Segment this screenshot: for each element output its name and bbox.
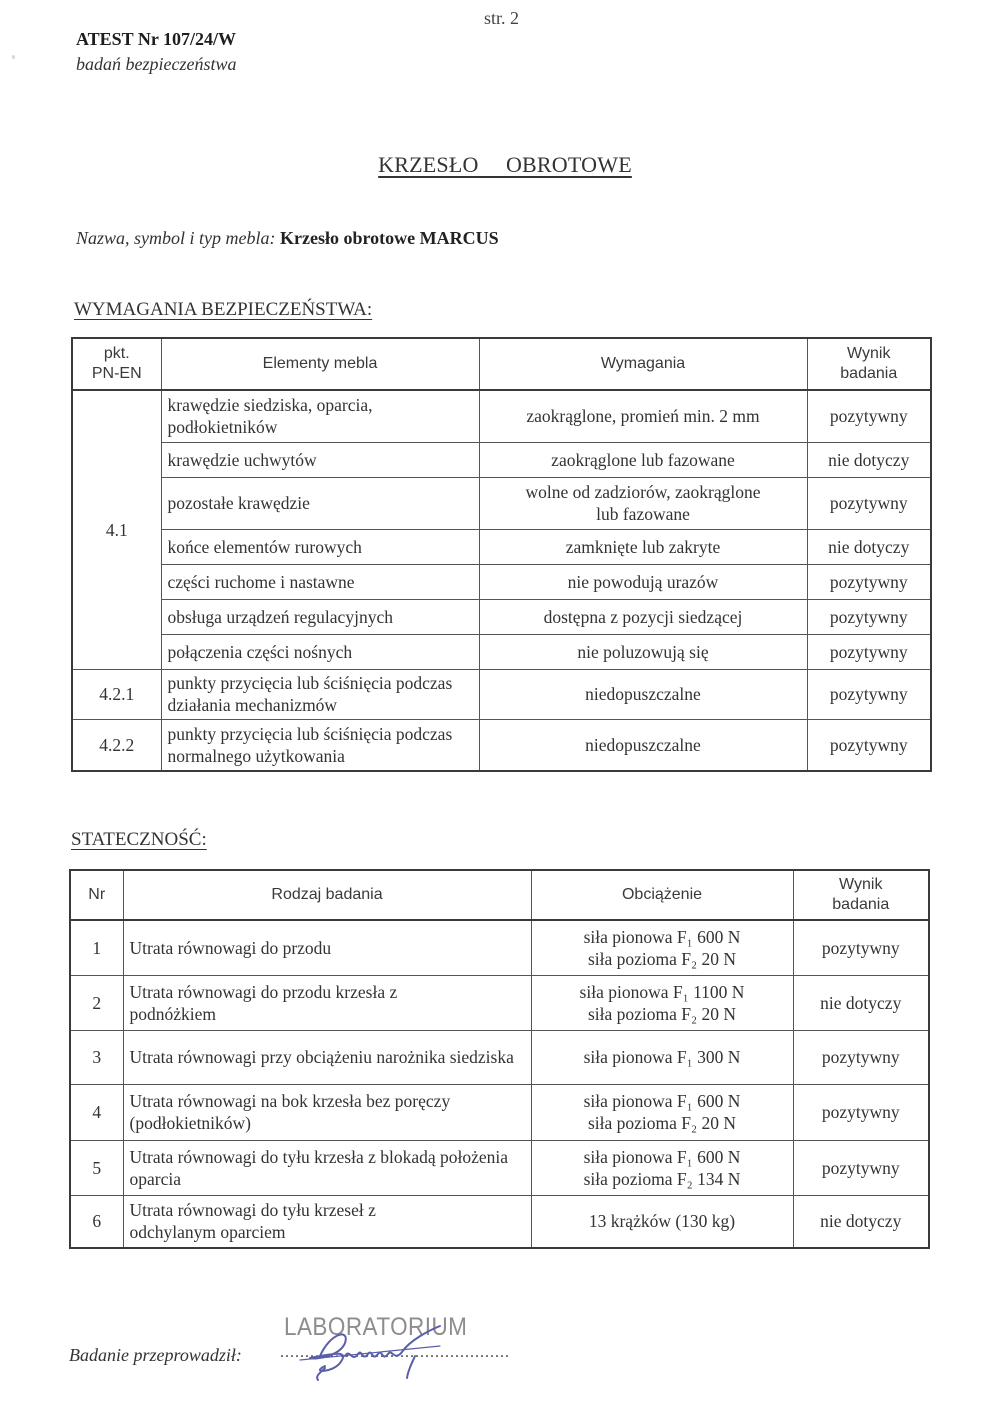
requirement-cell: zaokrąglone lub fazowane — [479, 442, 807, 477]
load-line-1: siła pionowa F₁ 1100 N — [538, 981, 787, 1003]
safety-requirements-table: pkt. PN-EN Elementy mebla Wymagania Wyni… — [71, 337, 932, 772]
stability-table: Nr Rodzaj badania Obciążenie Wynik badan… — [69, 869, 930, 1249]
load-cell: siła pionowa F₁ 600 N siła pozioma F₂ 13… — [531, 1140, 793, 1195]
test-type-cell: Utrata równowagi do tyłu krzeseł z odchy… — [123, 1195, 531, 1248]
column-header-result-line1: Wynik — [800, 875, 923, 895]
requirement-cell: zamknięte lub zakryte — [479, 529, 807, 564]
column-header-point-line2: PN-EN — [79, 364, 155, 384]
table-row: części ruchome i nastawne nie powodują u… — [72, 564, 931, 599]
result-cell: pozytywny — [807, 719, 931, 771]
table-row: 4.2.2 punkty przycięcia lub ściśnięcia p… — [72, 719, 931, 771]
element-cell: krawędzie siedziska, oparcia, podłokietn… — [161, 390, 479, 442]
table-row: połączenia części nośnych nie poluzowują… — [72, 634, 931, 669]
result-cell: pozytywny — [807, 669, 931, 719]
column-header-result-line2: badania — [814, 364, 925, 384]
scan-artifact — [12, 55, 15, 59]
column-header-result-line1: Wynik — [814, 344, 925, 364]
load-cell: siła pionowa F₁ 600 N siła pozioma F₂ 20… — [531, 1084, 793, 1140]
load-cell: 13 krążków (130 kg) — [531, 1195, 793, 1248]
result-cell: pozytywny — [793, 920, 929, 975]
load-line-2: siła pozioma F₂ 20 N — [538, 1112, 787, 1134]
stability-heading: STATECZNOŚĆ: — [71, 829, 207, 851]
load-line-1: siła pionowa F₁ 300 N — [538, 1046, 787, 1068]
result-cell: pozytywny — [807, 477, 931, 529]
table-row: 2 Utrata równowagi do przodu krzesła z p… — [70, 975, 929, 1030]
element-cell: pozostałe krawędzie — [161, 477, 479, 529]
test-type-cell: Utrata równowagi przy obciążeniu narożni… — [123, 1030, 531, 1084]
load-line-2: siła pozioma F₂ 134 N — [538, 1168, 787, 1190]
requirement-cell: niedopuszczalne — [479, 719, 807, 771]
element-cell: części ruchome i nastawne — [161, 564, 479, 599]
table-row: 5 Utrata równowagi do tyłu krzesła z blo… — [70, 1140, 929, 1195]
point-cell: 4.2.1 — [72, 669, 161, 719]
result-cell: nie dotyczy — [793, 1195, 929, 1248]
table-row: 6 Utrata równowagi do tyłu krzeseł z odc… — [70, 1195, 929, 1248]
result-cell: nie dotyczy — [793, 975, 929, 1030]
table-row: krawędzie uchwytów zaokrąglone lub fazow… — [72, 442, 931, 477]
element-cell: punkty przycięcia lub ściśnięcia podczas… — [161, 669, 479, 719]
column-header-load: Obciążenie — [531, 870, 793, 920]
table-row: 4.1 krawędzie siedziska, oparcia, podłok… — [72, 390, 931, 442]
result-cell: nie dotyczy — [807, 442, 931, 477]
column-header-nr: Nr — [70, 870, 123, 920]
element-cell: punkty przycięcia lub ściśnięcia podczas… — [161, 719, 479, 771]
result-cell: nie dotyczy — [807, 529, 931, 564]
result-cell: pozytywny — [793, 1140, 929, 1195]
table-header-row: pkt. PN-EN Elementy mebla Wymagania Wyni… — [72, 338, 931, 390]
table-row: 4.2.1 punkty przycięcia lub ściśnięcia p… — [72, 669, 931, 719]
element-cell: obsługa urządzeń regulacyjnych — [161, 599, 479, 634]
column-header-requirement: Wymagania — [479, 338, 807, 390]
table-row: 4 Utrata równowagi na bok krzesła bez po… — [70, 1084, 929, 1140]
document-title-wrapper: KRZESŁO OBROTOWE — [0, 152, 1000, 178]
result-cell: pozytywny — [807, 564, 931, 599]
load-cell: siła pionowa F₁ 600 N siła pozioma F₂ 20… — [531, 920, 793, 975]
load-line-1: siła pionowa F₁ 600 N — [538, 926, 787, 948]
load-line-2: siła pozioma F₂ 20 N — [538, 1003, 787, 1025]
furniture-name-line: Nazwa, symbol i typ mebla: Krzesło obrot… — [76, 228, 499, 249]
nr-cell: 6 — [70, 1195, 123, 1248]
column-header-result-line2: badania — [800, 895, 923, 915]
table-row: obsługa urządzeń regulacyjnych dostępna … — [72, 599, 931, 634]
document-title: KRZESŁO OBROTOWE — [378, 152, 632, 177]
table-header-row: Nr Rodzaj badania Obciążenie Wynik badan… — [70, 870, 929, 920]
requirement-cell: niedopuszczalne — [479, 669, 807, 719]
requirement-cell: zaokrąglone, promień min. 2 mm — [479, 390, 807, 442]
result-cell: pozytywny — [807, 390, 931, 442]
result-cell: pozytywny — [807, 599, 931, 634]
nr-cell: 3 — [70, 1030, 123, 1084]
requirement-cell: wolne od zadziorów, zaokrąglone lub fazo… — [479, 477, 807, 529]
certificate-number: ATEST Nr 107/24/W — [76, 29, 236, 50]
column-header-element: Elementy mebla — [161, 338, 479, 390]
load-line-1: siła pionowa F₁ 600 N — [538, 1146, 787, 1168]
element-cell: połączenia części nośnych — [161, 634, 479, 669]
test-type-cell: Utrata równowagi do tyłu krzesła z bloka… — [123, 1140, 531, 1195]
load-cell: siła pionowa F₁ 300 N — [531, 1030, 793, 1084]
certificate-subtitle: badań bezpieczeństwa — [76, 54, 236, 75]
result-cell: pozytywny — [793, 1084, 929, 1140]
nr-cell: 2 — [70, 975, 123, 1030]
column-header-point-line1: pkt. — [79, 344, 155, 364]
load-cell: siła pionowa F₁ 1100 N siła pozioma F₂ 2… — [531, 975, 793, 1030]
table-row: pozostałe krawędzie wolne od zadziorów, … — [72, 477, 931, 529]
point-cell: 4.1 — [72, 390, 161, 669]
column-header-point: pkt. PN-EN — [72, 338, 161, 390]
test-type-cell: Utrata równowagi na bok krzesła bez porę… — [123, 1084, 531, 1140]
column-header-result: Wynik badania — [807, 338, 931, 390]
nr-cell: 1 — [70, 920, 123, 975]
table-row: 1 Utrata równowagi do przodu siła pionow… — [70, 920, 929, 975]
load-line-1: siła pionowa F₁ 600 N — [538, 1090, 787, 1112]
nr-cell: 4 — [70, 1084, 123, 1140]
handwritten-signature-icon — [290, 1318, 460, 1383]
table-row: 3 Utrata równowagi przy obciążeniu naroż… — [70, 1030, 929, 1084]
test-type-cell: Utrata równowagi do przodu krzesła z pod… — [123, 975, 531, 1030]
signature-label: Badanie przeprowadził: — [69, 1345, 242, 1366]
furniture-name-label: Nazwa, symbol i typ mebla: — [76, 228, 276, 248]
requirement-cell: dostępna z pozycji siedzącej — [479, 599, 807, 634]
page-number: str. 2 — [484, 8, 519, 29]
element-cell: krawędzie uchwytów — [161, 442, 479, 477]
point-cell: 4.2.2 — [72, 719, 161, 771]
test-type-cell: Utrata równowagi do przodu — [123, 920, 531, 975]
result-cell: pozytywny — [807, 634, 931, 669]
requirement-cell: nie poluzowują się — [479, 634, 807, 669]
column-header-test-type: Rodzaj badania — [123, 870, 531, 920]
result-cell: pozytywny — [793, 1030, 929, 1084]
table-row: końce elementów rurowych zamknięte lub z… — [72, 529, 931, 564]
safety-requirements-heading: WYMAGANIA BEZPIECZEŃSTWA: — [74, 299, 372, 321]
nr-cell: 5 — [70, 1140, 123, 1195]
load-line-2: siła pozioma F₂ 20 N — [538, 948, 787, 970]
column-header-result: Wynik badania — [793, 870, 929, 920]
load-line-1: 13 krążków (130 kg) — [538, 1210, 787, 1232]
requirement-cell: nie powodują urazów — [479, 564, 807, 599]
element-cell: końce elementów rurowych — [161, 529, 479, 564]
furniture-name-value: Krzesło obrotowe MARCUS — [280, 228, 499, 248]
